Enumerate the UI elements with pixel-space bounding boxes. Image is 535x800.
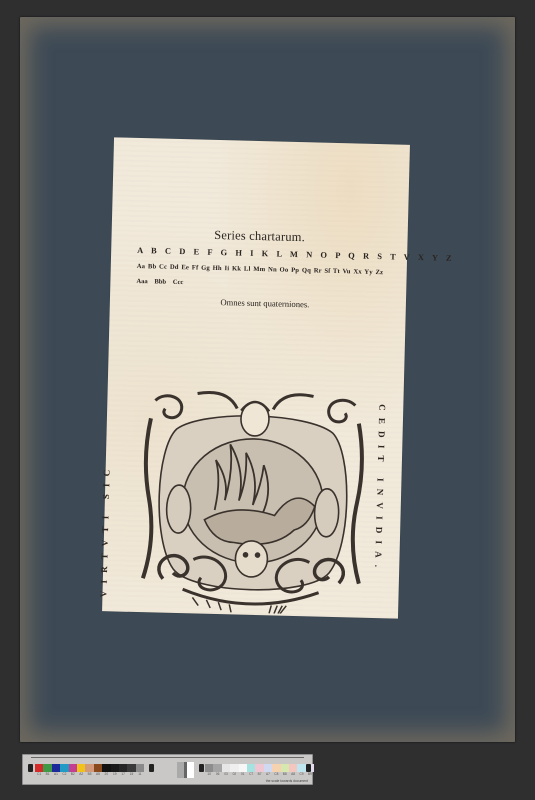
patch-label: 17 bbox=[119, 772, 127, 776]
motto-left: VIRTVTI SIC bbox=[98, 462, 111, 597]
patch-label: C8 bbox=[272, 772, 280, 776]
register-capitals: A B C D E F G H I K L M N O P Q R S T V … bbox=[137, 246, 455, 263]
patch-label: 11 bbox=[136, 772, 144, 776]
color-patch bbox=[213, 764, 221, 772]
printers-device-woodcut bbox=[132, 388, 374, 616]
patch-label: 03 bbox=[222, 772, 230, 776]
color-patch bbox=[102, 764, 110, 772]
patch-label: B9 bbox=[306, 772, 314, 776]
page-title: Series chartarum. bbox=[111, 225, 407, 247]
patch-label: 01 bbox=[239, 772, 247, 776]
patch-label: A1 bbox=[52, 772, 60, 776]
target-caption: the scale towards document bbox=[266, 779, 308, 783]
patch-label: 10 bbox=[205, 772, 213, 776]
color-patch bbox=[94, 764, 102, 772]
document-page: Series chartarum. A B C D E F G H I K L … bbox=[102, 137, 410, 618]
target-marker-mid bbox=[149, 764, 154, 772]
scale-ruler bbox=[31, 757, 304, 761]
color-patch bbox=[255, 764, 263, 772]
left-patch-labels: C1B1A1C2B2A2B5A52019171511 bbox=[35, 772, 144, 776]
patch-label: B8 bbox=[281, 772, 289, 776]
patch-label: 06 bbox=[213, 772, 221, 776]
gray-scale-block bbox=[177, 762, 194, 778]
color-patch bbox=[247, 764, 255, 772]
patch-label: B7 bbox=[255, 772, 263, 776]
color-patch bbox=[264, 764, 272, 772]
right-color-patches bbox=[205, 764, 314, 772]
color-patch bbox=[222, 764, 230, 772]
register-pairs: Aa Bb Cc Dd Ee Ff Gg Hh Ii Kk Ll Mm Nn O… bbox=[137, 263, 384, 276]
patch-label: C1 bbox=[35, 772, 43, 776]
color-patch bbox=[205, 764, 213, 772]
color-patch bbox=[60, 764, 68, 772]
patch-label: B1 bbox=[43, 772, 51, 776]
color-patch bbox=[230, 764, 238, 772]
right-patch-labels: 1006030201C7B7A7C8B8A8C9B9 bbox=[205, 772, 314, 776]
color-patch bbox=[281, 764, 289, 772]
patch-label: B2 bbox=[69, 772, 77, 776]
color-patch bbox=[119, 764, 127, 772]
color-patch bbox=[289, 764, 297, 772]
target-marker-mid-right bbox=[199, 764, 204, 772]
patch-label: B5 bbox=[85, 772, 93, 776]
patch-label: C9 bbox=[297, 772, 305, 776]
patch-label: A8 bbox=[289, 772, 297, 776]
color-patch bbox=[272, 764, 280, 772]
color-patch bbox=[297, 764, 305, 772]
color-patch bbox=[136, 764, 144, 772]
color-patch bbox=[35, 764, 43, 772]
color-patch bbox=[85, 764, 93, 772]
patch-label: C2 bbox=[60, 772, 68, 776]
target-marker-right bbox=[306, 764, 311, 772]
register-triples: Aaa Bbb Ccc bbox=[136, 278, 183, 286]
color-patch bbox=[77, 764, 85, 772]
color-patch bbox=[69, 764, 77, 772]
color-patch bbox=[127, 764, 135, 772]
color-patch bbox=[43, 764, 51, 772]
color-calibration-target: C1B1A1C2B2A2B5A52019171511 1006030201C7B… bbox=[22, 754, 313, 785]
color-patch bbox=[111, 764, 119, 772]
left-color-patches bbox=[35, 764, 144, 772]
color-patch bbox=[239, 764, 247, 772]
patch-label: 19 bbox=[111, 772, 119, 776]
patch-label: A5 bbox=[94, 772, 102, 776]
patch-label: 15 bbox=[127, 772, 135, 776]
color-patch bbox=[52, 764, 60, 772]
patch-label: C7 bbox=[247, 772, 255, 776]
target-marker-left bbox=[28, 764, 33, 772]
patch-label: A7 bbox=[264, 772, 272, 776]
motto-right: CEDIT INVIDIA. bbox=[373, 404, 387, 574]
quire-note: Omnes sunt quaterniones. bbox=[110, 294, 406, 311]
patch-label: 20 bbox=[102, 772, 110, 776]
patch-label: A2 bbox=[77, 772, 85, 776]
patch-label: 02 bbox=[230, 772, 238, 776]
